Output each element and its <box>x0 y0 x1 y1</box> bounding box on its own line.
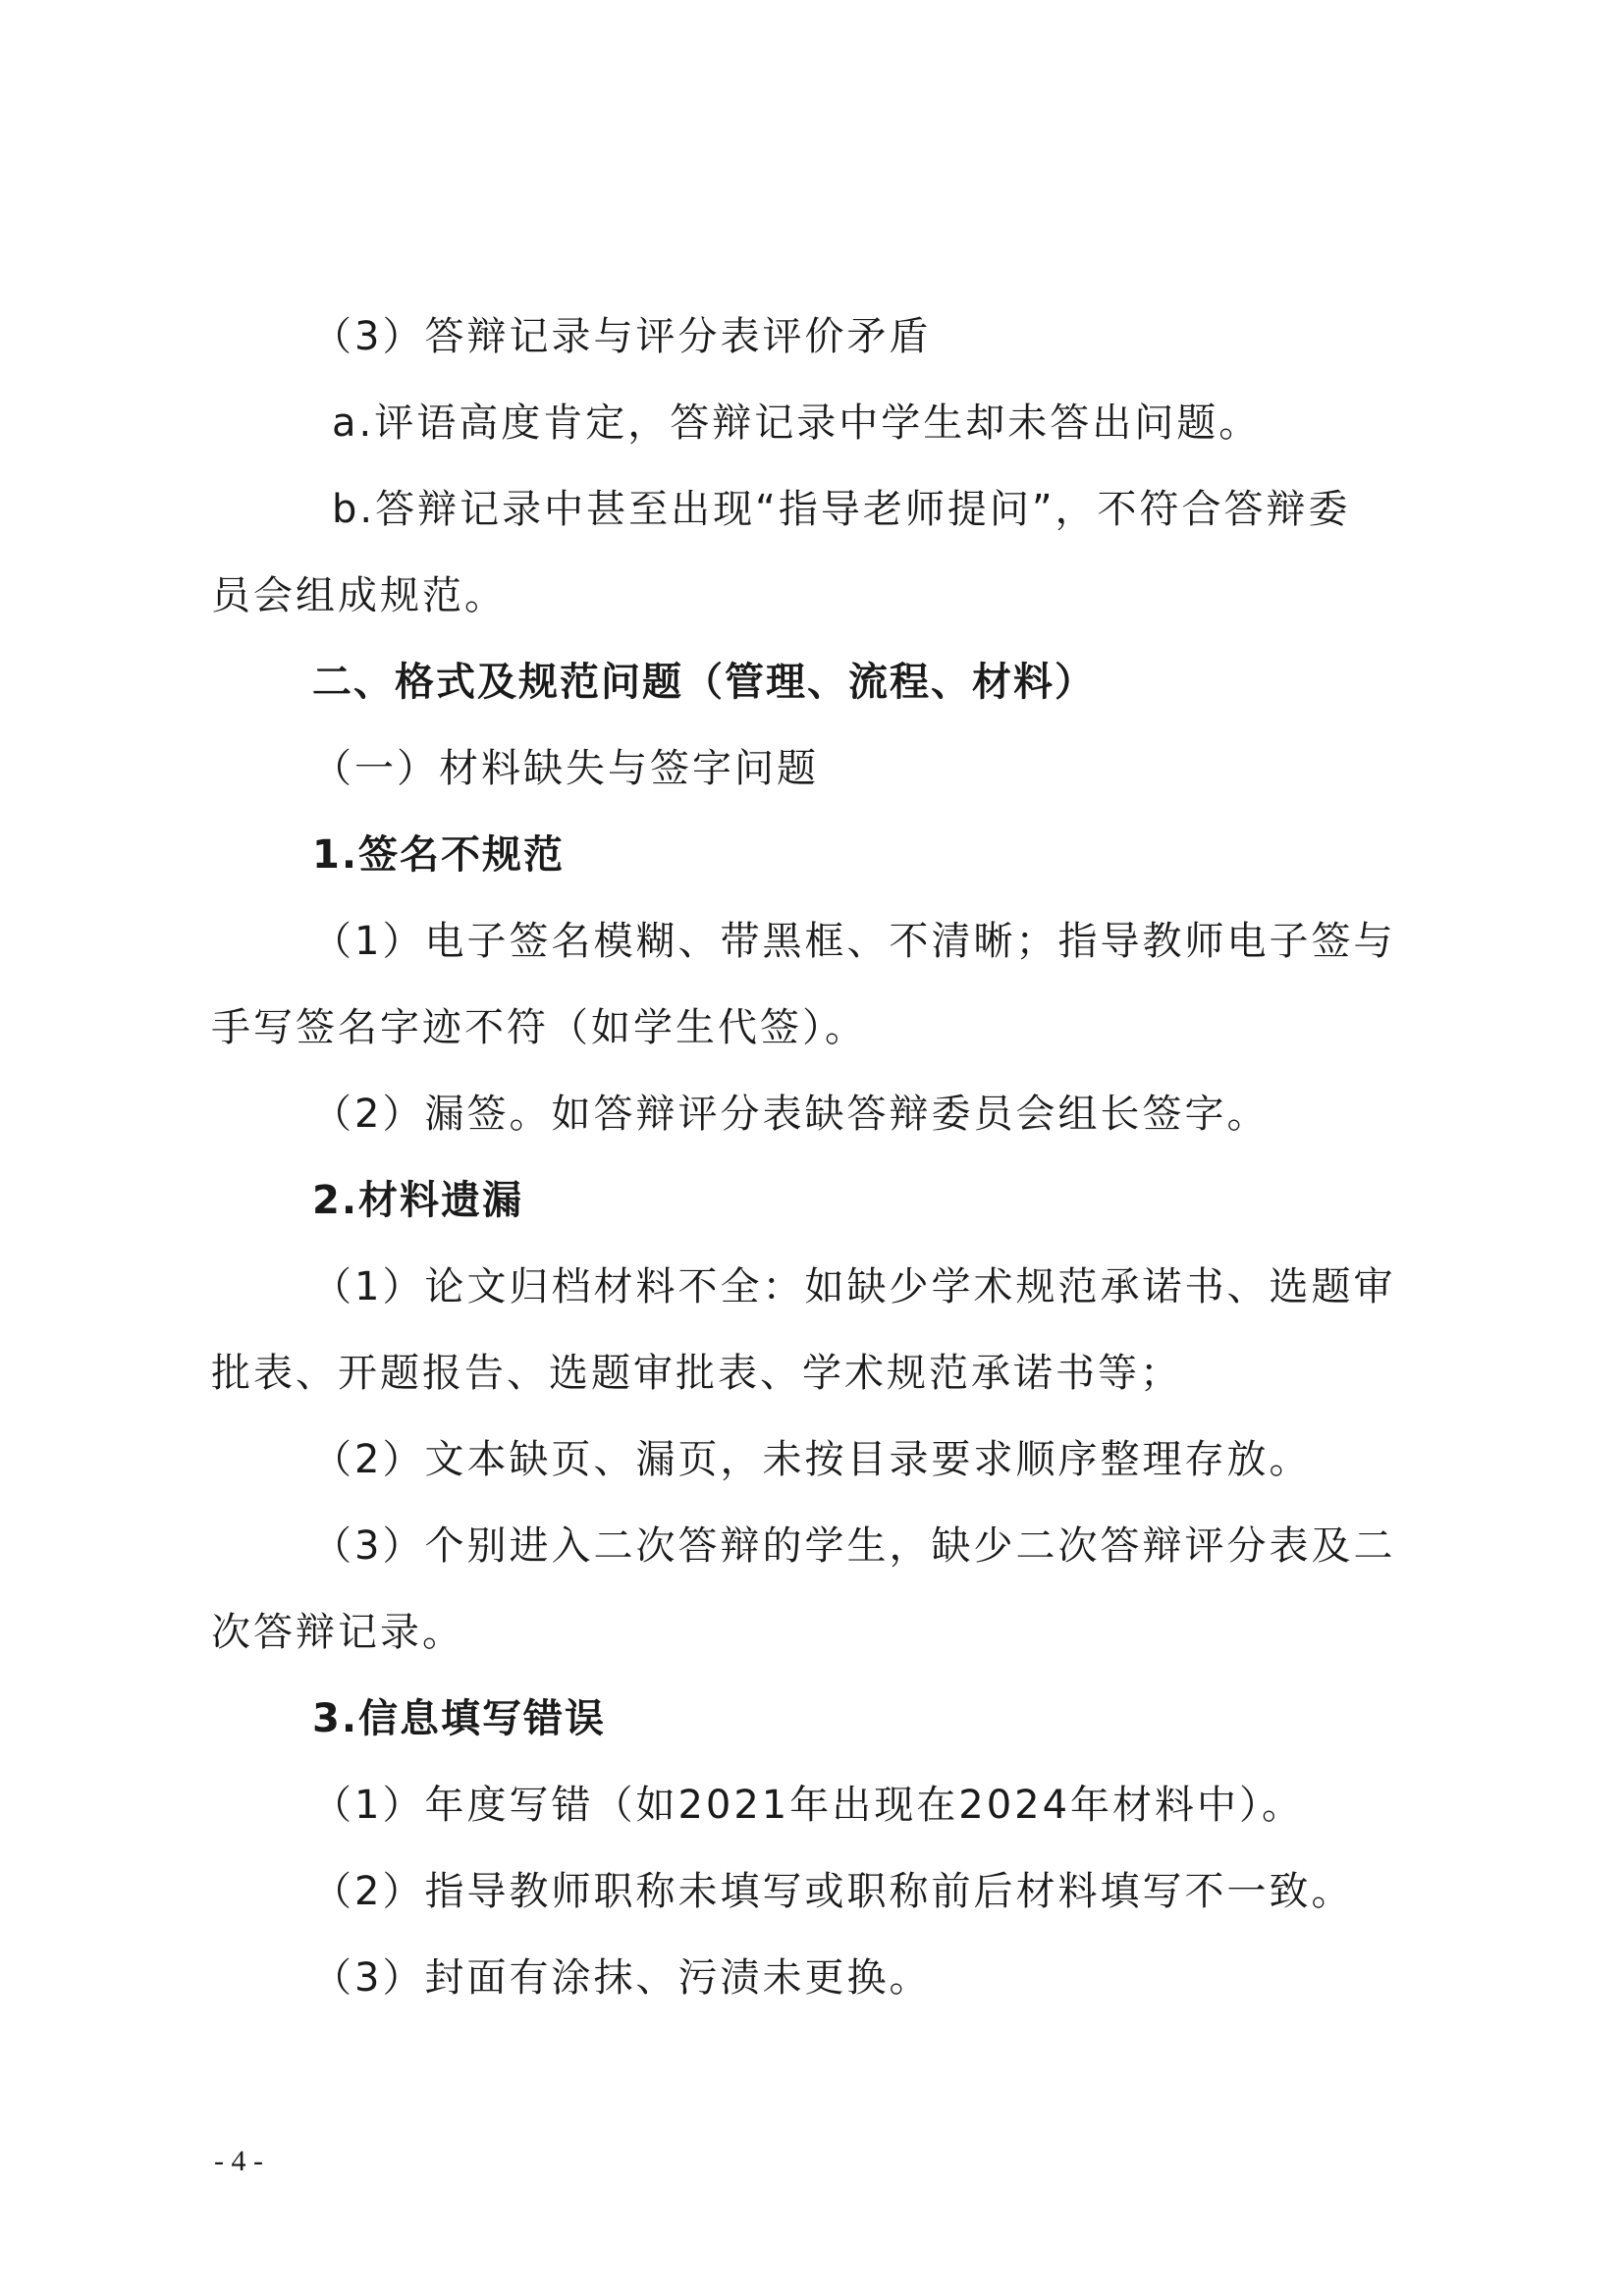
section-heading: 二、格式及规范问题（管理、流程、材料） <box>312 658 1096 707</box>
subsection-heading: （一）材料缺失与签字问题 <box>312 744 819 793</box>
subsection-heading: （3）答辩记录与评分表评价矛盾 <box>312 312 931 361</box>
paragraph: （2）文本缺页、漏页，未按目录要求顺序整理存放。 <box>312 1435 1311 1484</box>
paragraph-continuation: 员会组成规范。 <box>211 571 507 620</box>
paragraph: （3）封面有涂抹、污渍未更换。 <box>312 1953 931 2002</box>
document-page: （3）答辩记录与评分表评价矛盾 a.评语高度肯定，答辩记录中学生却未答出问题。 … <box>0 0 1623 2296</box>
item-heading: 1.签名不规范 <box>312 830 565 880</box>
paragraph: （2）指导教师职称未填写或职称前后材料填写不一致。 <box>312 1867 1353 1916</box>
paragraph-continuation: 次答辩记录。 <box>211 1608 464 1657</box>
paragraph: （3）个别进入二次答辩的学生，缺少二次答辩评分表及二 <box>312 1522 1395 1571</box>
paragraph: （2）漏签。如答辩评分表缺答辩委员会组长签字。 <box>312 1090 1269 1139</box>
paragraph-continuation: 批表、开题报告、选题审批表、学术规范承诺书等； <box>211 1349 1182 1398</box>
paragraph: （1）年度写错（如2021年出现在2024年材料中）。 <box>312 1781 1304 1830</box>
paragraph-continuation: 手写签名字迹不符（如学生代签）。 <box>211 1003 867 1052</box>
paragraph: b.答辩记录中甚至出现“指导老师提问”，不符合答辩委 <box>332 485 1351 534</box>
item-heading: 3.信息填写错误 <box>312 1694 606 1743</box>
paragraph: a.评语高度肯定，答辩记录中学生却未答出问题。 <box>332 399 1261 448</box>
paragraph: （1）论文归档材料不全：如缺少学术规范承诺书、选题审 <box>312 1262 1395 1311</box>
paragraph: （1）电子签名模糊、带黑框、不清晰；指导教师电子签与 <box>312 917 1395 966</box>
page-number: - 4 - <box>214 2145 263 2178</box>
item-heading: 2.材料遗漏 <box>312 1176 523 1225</box>
